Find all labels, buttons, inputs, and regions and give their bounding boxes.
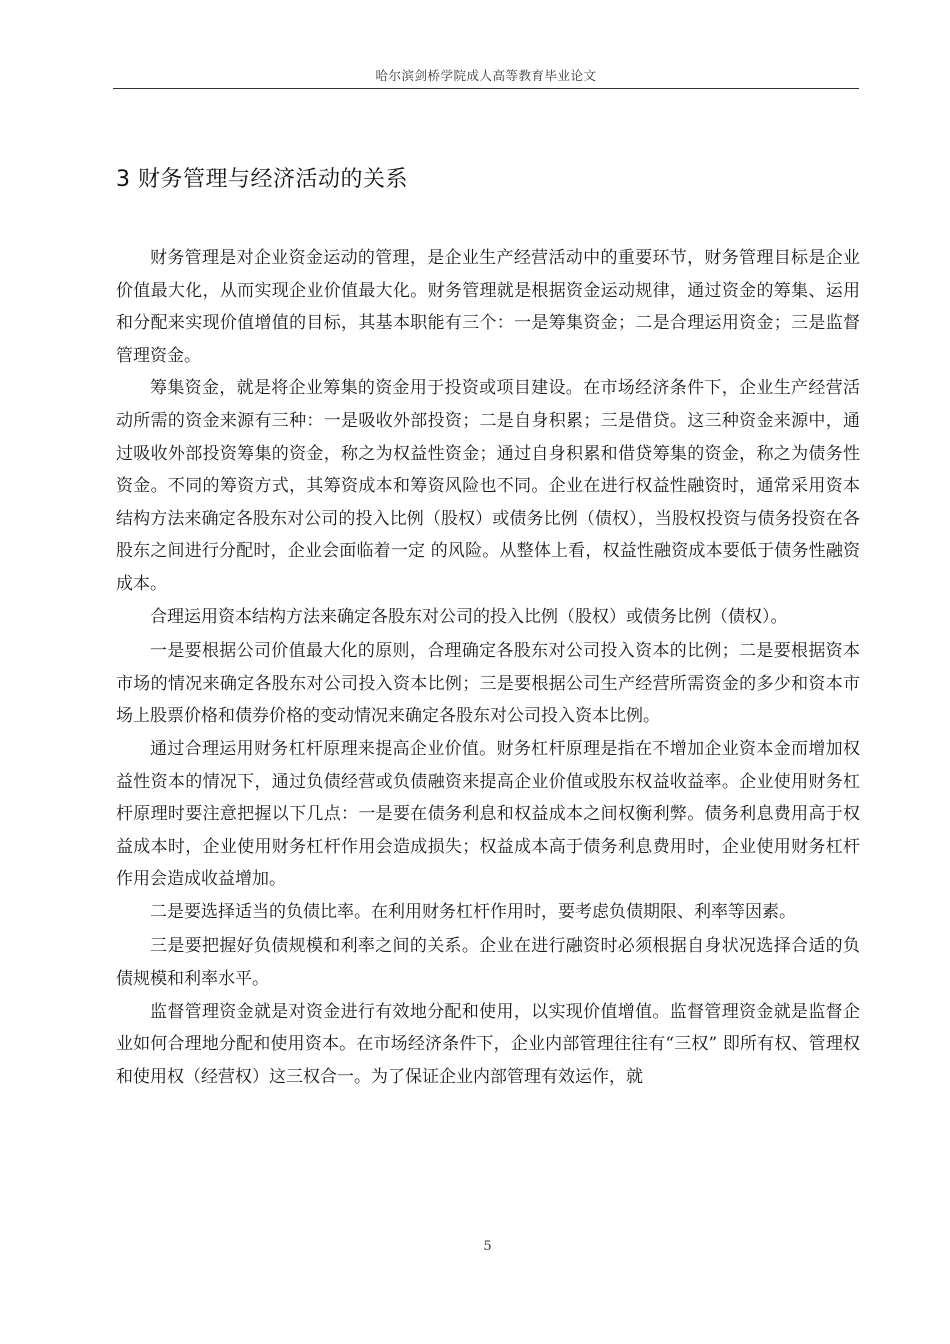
page-header: 哈尔滨剑桥学院成人高等教育毕业论文 <box>113 66 859 89</box>
paragraph-supervision: 监督管理资金就是对资金进行有效地分配和使用，以实现价值增值。监督管理资金就是监督… <box>116 996 860 1094</box>
paragraph-debt-ratio: 二是要选择适当的负债比率。在利用财务杠杆作用时，要考虑负债期限、利率等因素。 <box>116 896 860 929</box>
paragraph-raising-funds: 筹集资金，就是将企业筹集的资金用于投资或项目建设。在市场经济条件下，企业生产经营… <box>116 372 860 600</box>
paragraph-capital-ratio-principles: 一是要根据公司价值最大化的原则，合理确定各股东对公司投入资本的比例；二是要根据资… <box>116 635 860 733</box>
page-number: 5 <box>0 1239 950 1254</box>
body-text: 财务管理是对企业资金运动的管理，是企业生产经营活动中的重要环节，财务管理目标是企… <box>116 242 860 1093</box>
paragraph-debt-scale: 三是要把握好负债规模和利率之间的关系。企业在进行融资时必须根据自身状况选择合适的… <box>116 930 860 995</box>
paragraph-financial-leverage: 通过合理运用财务杠杆原理来提高企业价值。财务杠杆原理是指在不增加企业资本金而增加… <box>116 733 860 896</box>
running-title: 哈尔滨剑桥学院成人高等教育毕业论文 <box>113 66 859 84</box>
paragraph-capital-structure: 合理运用资本结构方法来确定各股东对公司的投入比例（股权）或债务比例（债权）。 <box>116 601 860 634</box>
section-title: 3 财务管理与经济活动的关系 <box>116 162 408 193</box>
paragraph-intro: 财务管理是对企业资金运动的管理，是企业生产经营活动中的重要环节，财务管理目标是企… <box>116 242 860 372</box>
